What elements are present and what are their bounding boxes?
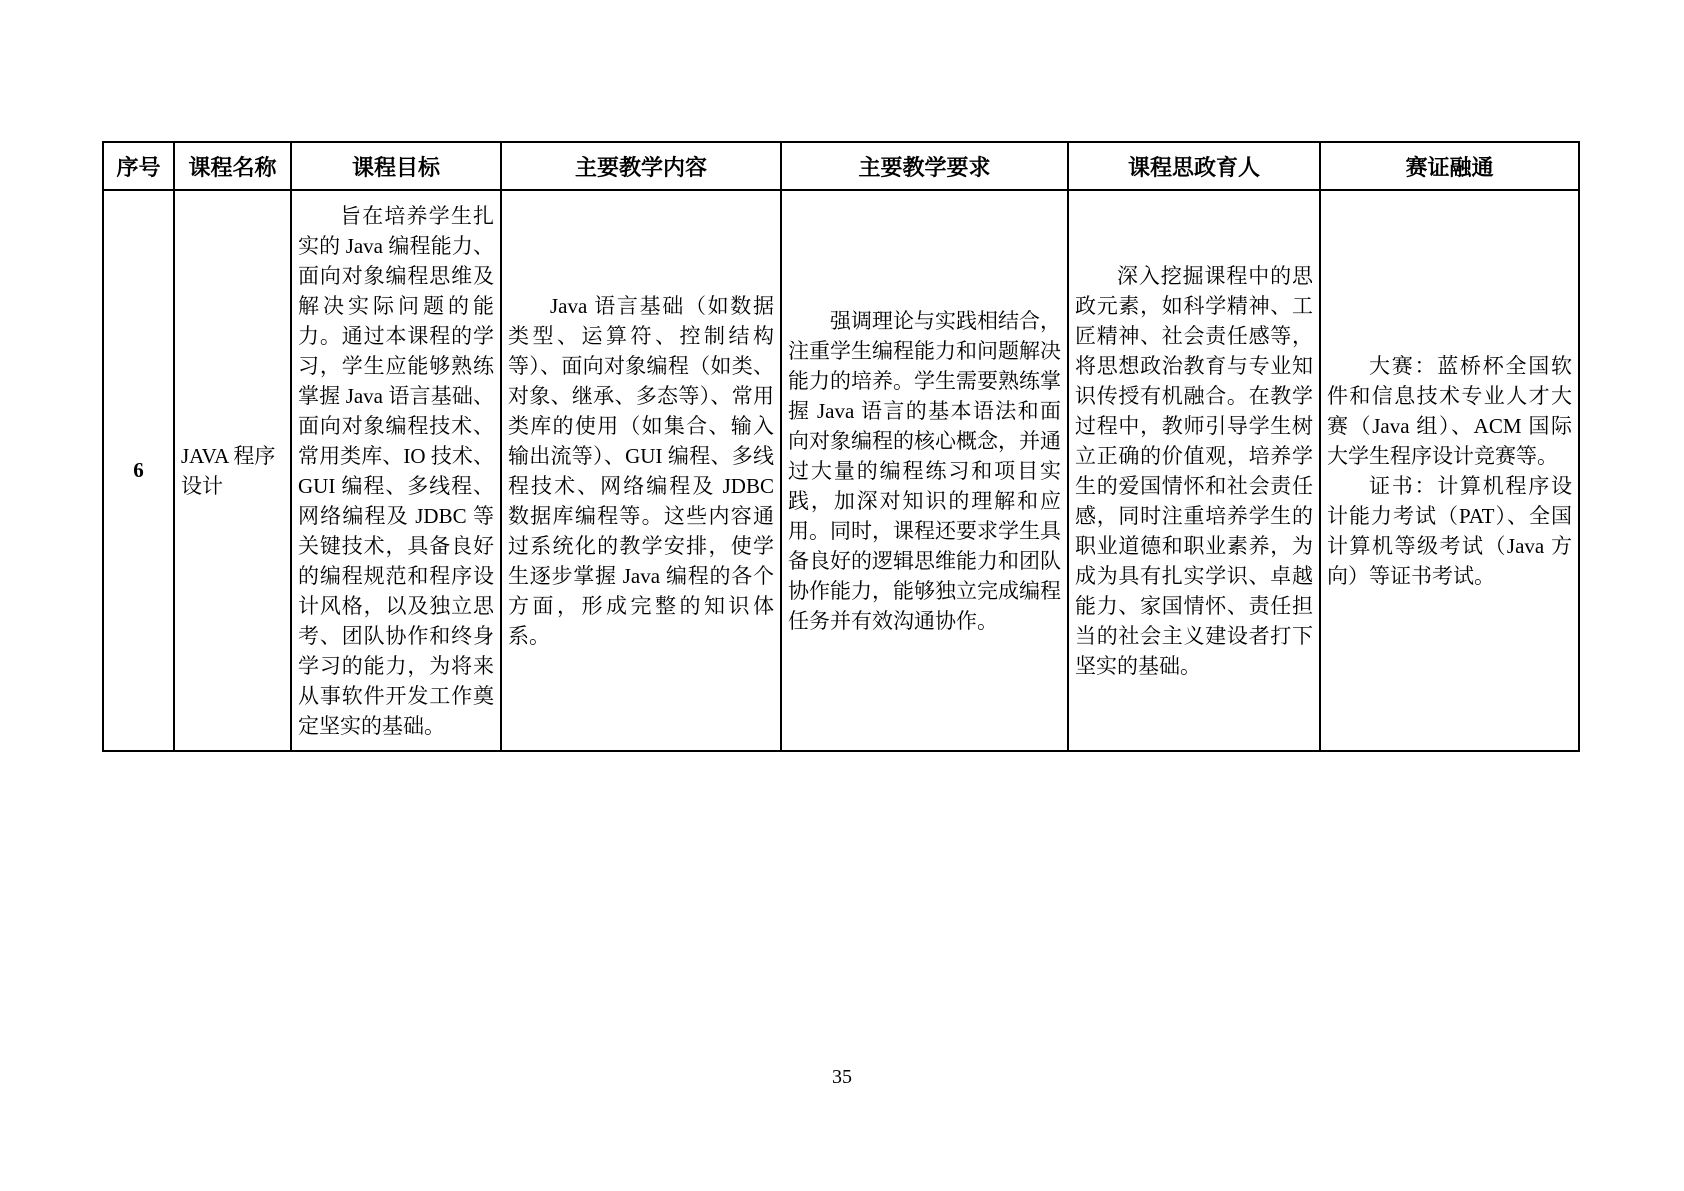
certification-certificate-paragraph: 证书：计算机程序设计能力考试（PAT）、全国计算机等级考试（Java 方向）等证… xyxy=(1327,471,1572,591)
objectives-paragraph: 旨在培养学生扎实的 Java 编程能力、面向对象编程思维及解决实际问题的能力。通… xyxy=(298,201,494,741)
header-teaching-requirements: 主要教学要求 xyxy=(781,142,1068,190)
table-body-row: 6 JAVA 程序设计 旨在培养学生扎实的 Java 编程能力、面向对象编程思维… xyxy=(103,190,1579,751)
certification-competition-paragraph: 大赛：蓝桥杯全国软件和信息技术专业人才大赛（Java 组）、ACM 国际大学生程… xyxy=(1327,351,1572,471)
cell-teaching-requirements: 强调理论与实践相结合，注重学生编程能力和问题解决能力的培养。学生需要熟练掌握 J… xyxy=(781,190,1068,751)
page-number: 35 xyxy=(0,1066,1684,1089)
header-objectives: 课程目标 xyxy=(291,142,501,190)
header-ideology-education: 课程思政育人 xyxy=(1068,142,1320,190)
cell-teaching-content: Java 语言基础（如数据类型、运算符、控制结构等）、面向对象编程（如类、对象、… xyxy=(501,190,781,751)
ideology-paragraph: 深入挖掘课程中的思政元素，如科学精神、工匠精神、社会责任感等，将思想政治教育与专… xyxy=(1075,261,1313,681)
course-table: 序号 课程名称 课程目标 主要教学内容 主要教学要求 课程思政育人 赛证融通 6… xyxy=(102,141,1580,752)
document-page: 序号 课程名称 课程目标 主要教学内容 主要教学要求 课程思政育人 赛证融通 6… xyxy=(0,0,1684,1191)
cell-index: 6 xyxy=(103,190,174,751)
teaching-requirements-paragraph: 强调理论与实践相结合，注重学生编程能力和问题解决能力的培养。学生需要熟练掌握 J… xyxy=(788,306,1061,636)
cell-objectives: 旨在培养学生扎实的 Java 编程能力、面向对象编程思维及解决实际问题的能力。通… xyxy=(291,190,501,751)
cell-ideology-education: 深入挖掘课程中的思政元素，如科学精神、工匠精神、社会责任感等，将思想政治教育与专… xyxy=(1068,190,1320,751)
header-course-name: 课程名称 xyxy=(174,142,291,190)
course-table-container: 序号 课程名称 课程目标 主要教学内容 主要教学要求 课程思政育人 赛证融通 6… xyxy=(102,141,1578,752)
cell-course-name: JAVA 程序设计 xyxy=(174,190,291,751)
table-header-row: 序号 课程名称 课程目标 主要教学内容 主要教学要求 课程思政育人 赛证融通 xyxy=(103,142,1579,190)
header-certification: 赛证融通 xyxy=(1320,142,1579,190)
teaching-content-paragraph: Java 语言基础（如数据类型、运算符、控制结构等）、面向对象编程（如类、对象、… xyxy=(508,291,774,651)
header-index: 序号 xyxy=(103,142,174,190)
header-teaching-content: 主要教学内容 xyxy=(501,142,781,190)
cell-certification: 大赛：蓝桥杯全国软件和信息技术专业人才大赛（Java 组）、ACM 国际大学生程… xyxy=(1320,190,1579,751)
